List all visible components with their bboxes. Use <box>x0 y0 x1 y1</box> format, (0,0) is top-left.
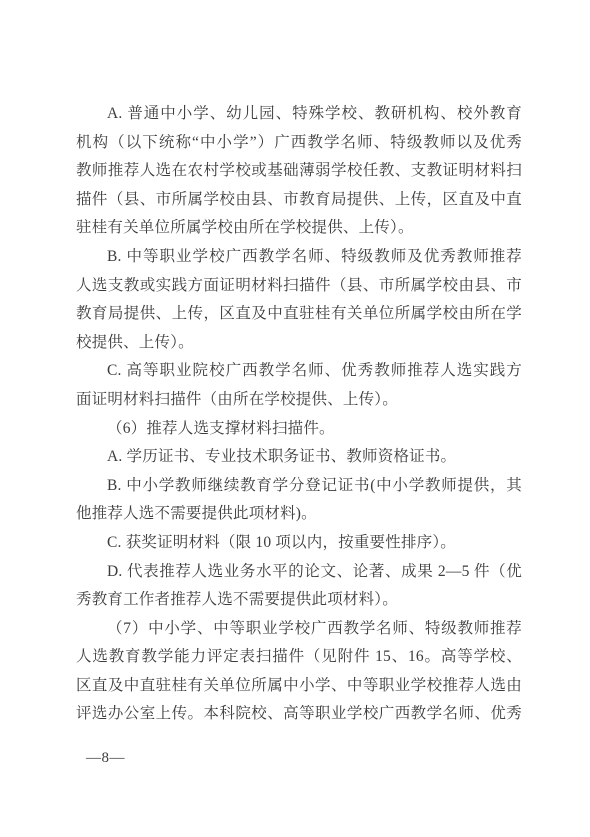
text-line: C. 高等职业院校广西教学名师、优秀教师推荐人选实践方 <box>76 357 522 386</box>
text-line: （7）中小学、中等职业学校广西教学名师、特级教师推荐 <box>76 615 522 644</box>
text-line: （6）推荐人选支撑材料扫描件。 <box>76 415 522 444</box>
text-line: A. 学历证书、专业技术职务证书、教师资格证书。 <box>76 443 522 472</box>
text-line: 驻桂有关单位所属学校由所在学校提供、上传）。 <box>76 214 522 243</box>
text-line: B. 中小学教师继续教育学分登记证书(中小学教师提供，其 <box>76 472 522 501</box>
page-number: —8— <box>86 748 125 768</box>
text-line: 机构（以下统称“中小学”）广西教学名师、特级教师以及优秀 <box>76 129 522 158</box>
text-line: D. 代表推荐人选业务水平的论文、论著、成果 2—5 件（优 <box>76 558 522 587</box>
text-line: 区直及中直驻桂有关单位所属中小学、中等职业学校推荐人选由 <box>76 672 522 701</box>
text-line: 评选办公室上传。本科院校、高等职业学校广西教学名师、优秀 <box>76 700 522 729</box>
text-line: B. 中等职业学校广西教学名师、特级教师及优秀教师推荐 <box>76 243 522 272</box>
document-body: A. 普通中小学、幼儿园、特殊学校、教研机构、校外教育机构（以下统称“中小学”）… <box>76 100 522 729</box>
text-line: A. 普通中小学、幼儿园、特殊学校、教研机构、校外教育 <box>76 100 522 129</box>
text-line: 人选教育教学能力评定表扫描件（见附件 15、16。高等学校、 <box>76 643 522 672</box>
text-line: 校提供、上传）。 <box>76 329 522 358</box>
text-line: 教师推荐人选在农村学校或基础薄弱学校任教、支教证明材料扫 <box>76 157 522 186</box>
document-page: A. 普通中小学、幼儿园、特殊学校、教研机构、校外教育机构（以下统称“中小学”）… <box>0 0 590 837</box>
text-line: 面证明材料扫描件（由所在学校提供、上传）。 <box>76 386 522 415</box>
text-line: 教育局提供、上传，区直及中直驻桂有关单位所属学校由所在学 <box>76 300 522 329</box>
text-line: C. 获奖证明材料（限 10 项以内，按重要性排序）。 <box>76 529 522 558</box>
text-line: 描件（县、市所属学校由县、市教育局提供、上传，区直及中直 <box>76 186 522 215</box>
text-line: 人选支教或实践方面证明材料扫描件（县、市所属学校由县、市 <box>76 272 522 301</box>
text-line: 秀教育工作者推荐人选不需要提供此项材料）。 <box>76 586 522 615</box>
text-line: 他推荐人选不需要提供此项材料)。 <box>76 500 522 529</box>
